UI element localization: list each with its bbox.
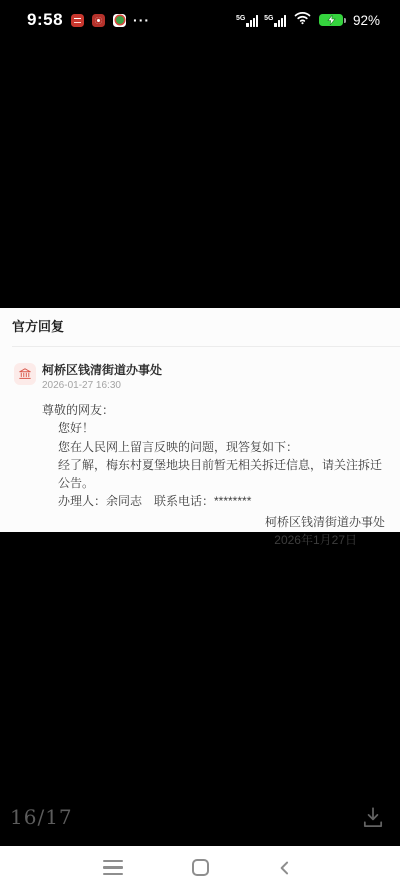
home-button[interactable] bbox=[178, 846, 222, 889]
reply-timestamp: 2026-01-27 16:30 bbox=[42, 379, 162, 393]
notification-app-icon-3 bbox=[113, 14, 126, 27]
notification-app-icon-1 bbox=[71, 14, 84, 27]
more-notifications-indicator: ··· bbox=[133, 15, 150, 25]
signature-date: 2026年1月27日 bbox=[42, 531, 386, 549]
phone-screen: 9:58 ··· 5G 5G bbox=[0, 0, 400, 889]
signal-bars bbox=[274, 14, 286, 27]
download-icon[interactable] bbox=[357, 801, 389, 833]
salutation: 尊敬的网友： bbox=[42, 401, 386, 419]
official-reply-card: 官方回复 柯桥区钱清街道办事处 2026-01-27 16:30 bbox=[0, 308, 400, 532]
divider bbox=[12, 346, 400, 347]
agency-name: 柯桥区钱清街道办事处 bbox=[42, 363, 162, 378]
status-bar: 9:58 ··· 5G 5G bbox=[0, 0, 400, 38]
clock: 9:58 bbox=[27, 10, 63, 30]
signature-agency: 柯桥区钱清街道办事处 bbox=[42, 513, 386, 531]
back-button[interactable] bbox=[263, 846, 307, 889]
reply-line: 您好！ bbox=[42, 419, 386, 437]
notification-app-icon-2 bbox=[92, 14, 105, 27]
cellular-signal-icon-sim1: 5G bbox=[236, 14, 258, 27]
government-building-icon bbox=[14, 363, 36, 385]
reply-line: 办理人：余同志 联系电话：******** bbox=[42, 492, 386, 510]
page-indicator: 16/17 bbox=[10, 805, 73, 829]
menu-button[interactable] bbox=[91, 846, 135, 889]
agency-meta: 柯桥区钱清街道办事处 2026-01-27 16:30 bbox=[42, 363, 162, 393]
battery-percentage: 92% bbox=[353, 13, 380, 28]
reply-body: 尊敬的网友： 您好！ 您在人民网上留言反映的问题，现答复如下： 经了解，梅东村夏… bbox=[42, 401, 386, 549]
back-icon bbox=[275, 858, 295, 878]
cellular-signal-icon-sim2: 5G bbox=[264, 14, 286, 27]
menu-icon bbox=[103, 860, 123, 875]
wifi-icon bbox=[294, 11, 311, 30]
signal-bars bbox=[246, 14, 258, 27]
home-icon bbox=[192, 859, 209, 876]
status-bar-right: 5G 5G bbox=[236, 11, 380, 30]
viewer-footer: 16/17 bbox=[0, 796, 400, 838]
battery-charging-icon bbox=[319, 14, 346, 27]
section-title: 官方回复 bbox=[0, 308, 400, 335]
agency-row: 柯桥区钱清街道办事处 2026-01-27 16:30 bbox=[14, 363, 386, 393]
reply-line: 您在人民网上留言反映的问题，现答复如下： bbox=[42, 438, 386, 456]
reply-line: 经了解，梅东村夏堡地块目前暂无相关拆迁信息，请关注拆迁公告。 bbox=[42, 456, 386, 493]
status-bar-left: 9:58 ··· bbox=[27, 10, 150, 30]
android-navigation-bar bbox=[0, 846, 400, 889]
